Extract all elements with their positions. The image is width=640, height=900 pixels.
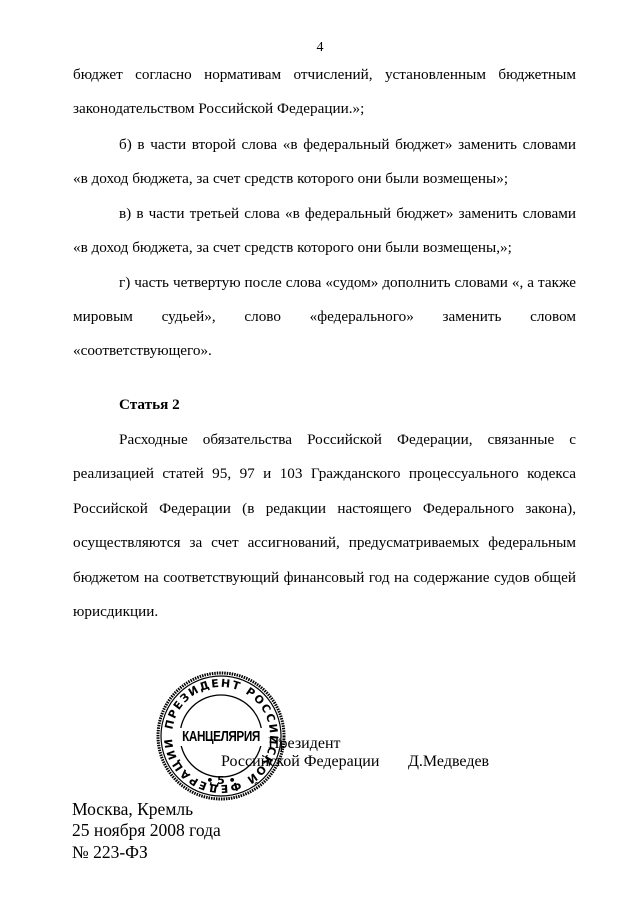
article-heading: Статья 2 xyxy=(73,396,622,414)
item-b-line: «в доход бюджета, за счет средств которо… xyxy=(73,170,576,188)
item-v-line: «в доход бюджета, за счет средств которо… xyxy=(73,239,576,257)
page-number: 4 xyxy=(0,40,640,56)
signature-name: Д.Медведев xyxy=(408,753,489,771)
item-g-line: г) часть четвертую после слова «судом» д… xyxy=(73,274,576,292)
article2-line: юрисдикции. xyxy=(73,603,576,621)
footer-place: Москва, Кремль xyxy=(72,799,193,819)
item-v-line: в) в части третьей слова «в федеральный … xyxy=(73,205,576,223)
footer-date: 25 ноября 2008 года xyxy=(72,820,221,840)
article2-line: реализацией статей 95, 97 и 103 Гражданс… xyxy=(73,465,576,483)
article2-line: Российской Федерации (в редакции настоящ… xyxy=(73,500,576,518)
body-line: законодательством Российской Федерации.»… xyxy=(73,100,576,118)
item-g-line: «соответствующего». xyxy=(73,342,576,360)
footer-law-number: № 223-ФЗ xyxy=(72,842,148,862)
article2-line: бюджетом на соответствующий финансовый г… xyxy=(73,569,576,587)
article2-line: Расходные обязательства Российской Федер… xyxy=(73,431,576,449)
item-b-line: б) в части второй слова «в федеральный б… xyxy=(73,136,576,154)
body-line: бюджет согласно нормативам отчислений, у… xyxy=(73,66,576,84)
stamp-center-text: КАНЦЕЛЯРИЯ xyxy=(174,728,268,746)
article2-line: осуществляются за счет ассигнований, пре… xyxy=(73,534,576,552)
item-g-line: мировым судьей», слово «федерального» за… xyxy=(73,308,576,326)
stamp-bottom-text: • 5 • xyxy=(206,774,235,787)
official-stamp: ПРЕЗИДЕНТ РОССИЙСКОЙ ФЕДЕРАЦИИ • 5 • КАН… xyxy=(155,670,287,802)
